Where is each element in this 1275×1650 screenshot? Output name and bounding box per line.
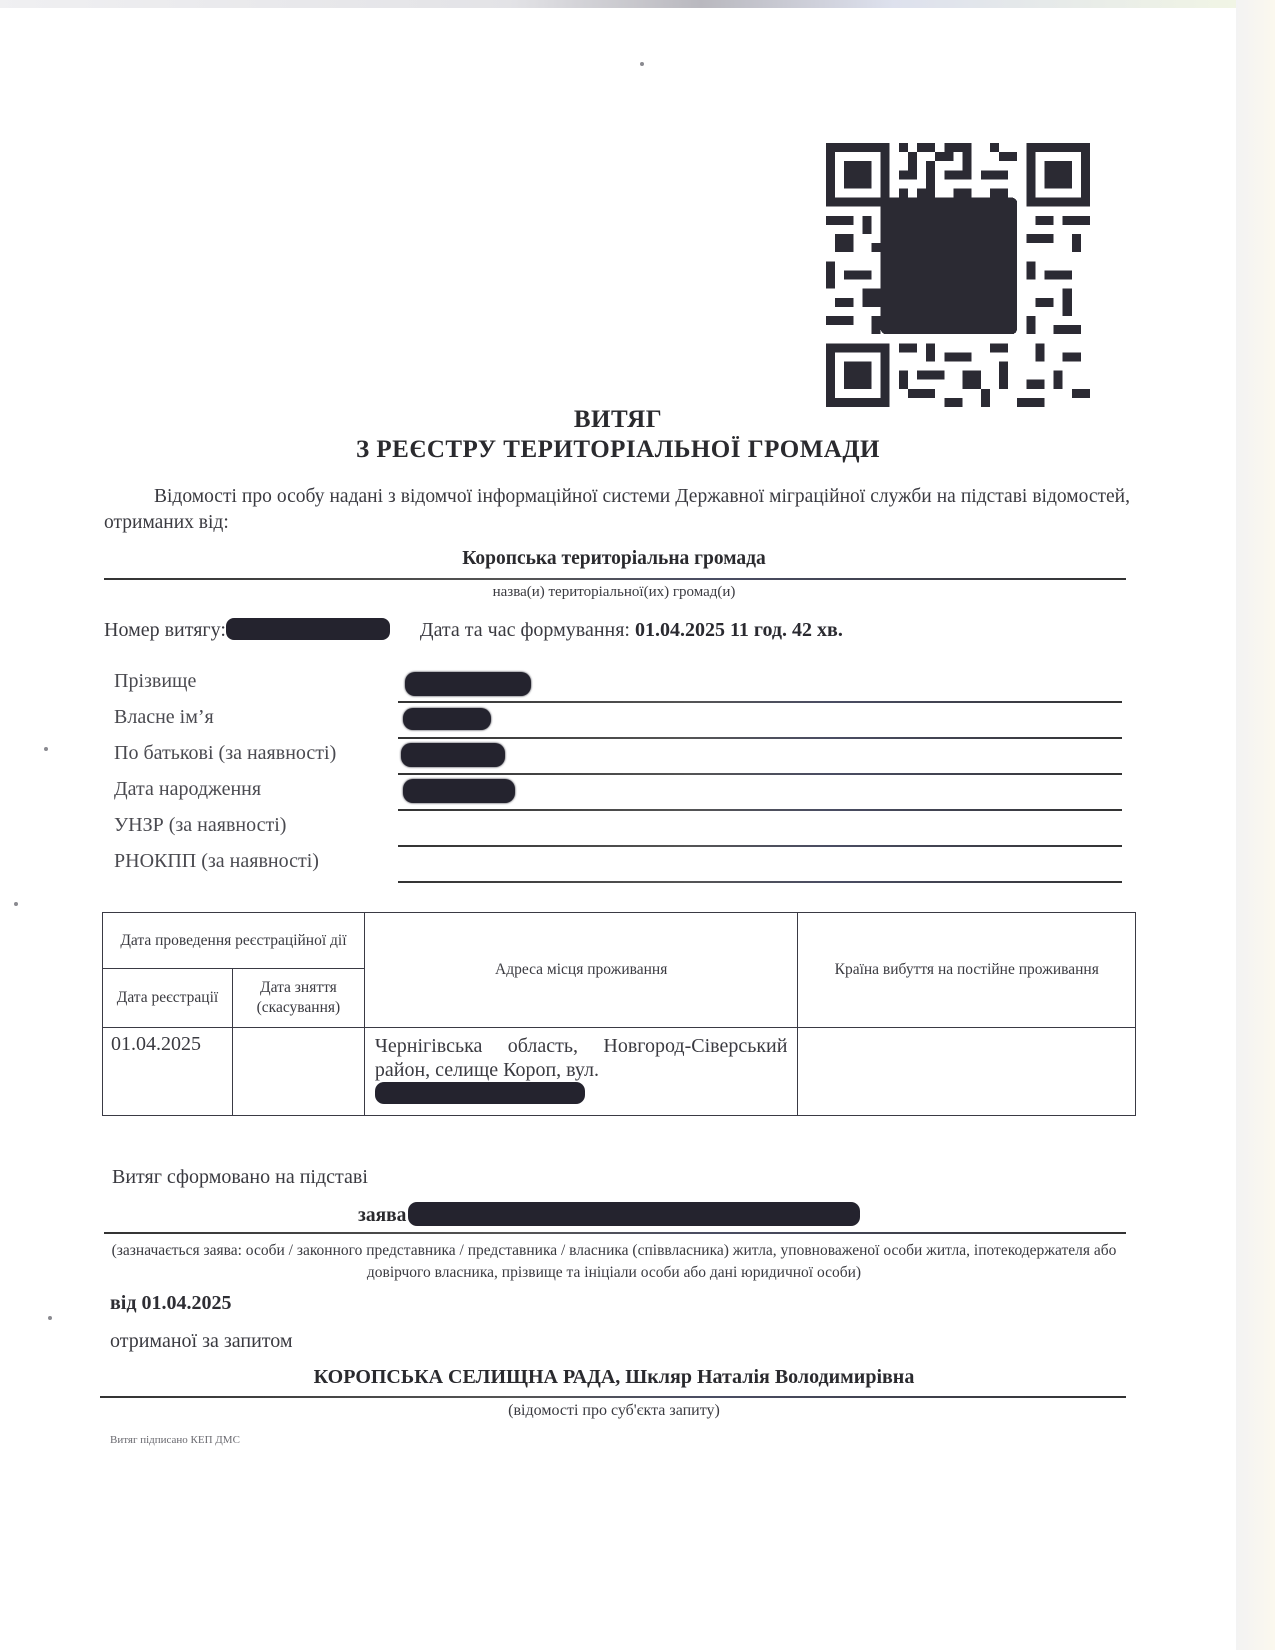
label-given-name: Власне ім’я [114, 706, 214, 729]
patronymic-redacted [401, 743, 505, 767]
cell-removal-date [232, 1028, 364, 1116]
birth-date-redacted [403, 779, 515, 803]
basis-label: Витяг сформовано на підставі [112, 1166, 368, 1189]
statement-underline [104, 1232, 1126, 1234]
cell-reg-date: 01.04.2025 [103, 1028, 233, 1116]
extract-number-redacted [226, 618, 390, 640]
label-patronymic: По батькові (за наявності) [114, 742, 336, 765]
header-reg-date: Дата реєстрації [103, 969, 233, 1028]
given-name-redacted [403, 708, 491, 730]
rnokpp-line [398, 881, 1122, 883]
statement-note: (зазначається заява: особи / законного п… [104, 1240, 1124, 1284]
label-unzr: УНЗР (за наявності) [114, 814, 286, 837]
scan-edge-right [1236, 0, 1275, 1650]
scan-speck [14, 902, 18, 906]
extract-number-label: Номер витягу: [104, 619, 226, 641]
label-birth-date: Дата народження [114, 778, 261, 801]
surname-redacted [405, 672, 531, 696]
surname-line [398, 701, 1122, 703]
header-registration-action-date: Дата проведення реєстраційної дії [103, 913, 365, 969]
requester-underline [100, 1396, 1126, 1398]
scan-speck [48, 1316, 52, 1320]
extract-info-row: Номер витягу:Дата та час формування: 01.… [104, 618, 843, 642]
table-row: 01.04.2025 Чернігівська область, Новгоро… [103, 1028, 1136, 1116]
formed-datetime: 01.04.2025 11 год. 42 хв. [635, 619, 843, 641]
requester-caption: (відомості про суб'єкта запиту) [104, 1402, 1124, 1420]
requester: КОРОПСЬКА СЕЛИЩНА РАДА, Шкляр Наталія Во… [104, 1366, 1124, 1389]
scan-edge-top [0, 0, 1275, 8]
header-departure-country: Країна вибуття на постійне проживання [798, 913, 1136, 1028]
address-redacted [375, 1082, 585, 1104]
signature-note: Витяг підписано КЕП ДМС [110, 1434, 240, 1446]
registration-table: Дата проведення реєстраційної дії Адреса… [102, 912, 1136, 1116]
formed-label: Дата та час формування: [420, 619, 630, 641]
statement-prefix: заява [358, 1205, 406, 1226]
scan-speck [44, 747, 48, 751]
cell-country [798, 1028, 1136, 1116]
community-name: Коропська територіальна громада [104, 548, 1124, 570]
cell-address: Чернігівська область, Новгород-Сіверськи… [364, 1028, 798, 1116]
header-address: Адреса місця проживання [364, 913, 798, 1028]
community-underline [104, 578, 1126, 580]
received-label: отриманої за запитом [110, 1330, 293, 1353]
qr-code [826, 143, 1090, 407]
label-rnokpp: РНОКПП (за наявності) [114, 850, 319, 873]
unzr-line [398, 845, 1122, 847]
intro-paragraph: Відомості про особу надані з відомчої ін… [104, 484, 1130, 536]
statement-row: заява [358, 1202, 860, 1227]
birth-date-line [398, 809, 1122, 811]
document-title: ВИТЯГ [0, 406, 1236, 434]
scan-speck [640, 62, 644, 66]
given-name-line [398, 737, 1122, 739]
header-removal-date: Дата зняття (скасування) [232, 969, 364, 1028]
statement-redacted [408, 1202, 860, 1226]
statement-date: від 01.04.2025 [110, 1292, 231, 1315]
patronymic-line [398, 773, 1122, 775]
community-caption: назва(и) територіальної(их) громад(и) [104, 584, 1124, 601]
address-text: Чернігівська область, Новгород-Сіверськи… [375, 1035, 788, 1081]
document-subtitle: З РЕЄСТРУ ТЕРИТОРІАЛЬНОЇ ГРОМАДИ [0, 436, 1236, 464]
label-surname: Прізвище [114, 670, 196, 693]
